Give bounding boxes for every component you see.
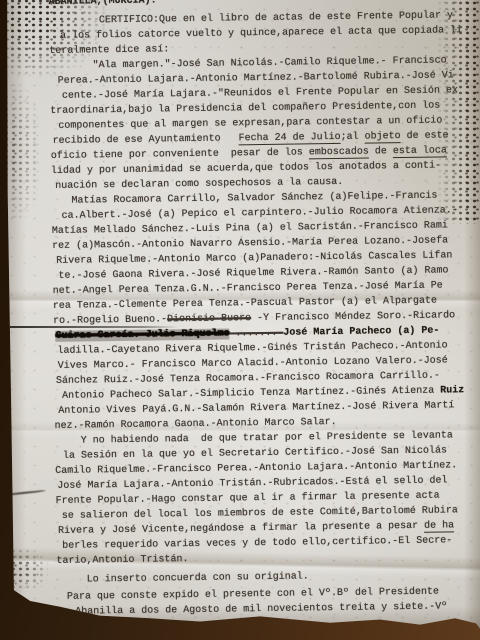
document-text-segment: ro.-Rogelio Bueno.-: [53, 314, 167, 327]
document-text-segment: ;al: [341, 132, 365, 143]
document-text-segment: ABANILLA,(MURCIA).: [49, 0, 157, 8]
document-text-segment: .......: [229, 328, 283, 340]
document-text-segment: recibido de ese Ayuntamiento: [53, 133, 239, 147]
ink-stain: [0, 82, 40, 222]
document-text-segment: de ha: [424, 520, 454, 532]
document-text-segment: .. -- .: [57, 621, 129, 633]
paper-edge-shadow: [0, 0, 26, 640]
document-text-segment: tario,Antonio Tristán.: [56, 554, 188, 567]
document-text-segment: de: [369, 146, 393, 157]
document-text-segment: Fecha 24 de Julio: [239, 132, 341, 145]
document-paper: ABANILLA,(MURCIA).CERTIFICO:Que en el li…: [0, 0, 480, 640]
document-photo: ABANILLA,(MURCIA).CERTIFICO:Que en el li…: [0, 0, 480, 640]
document-text-segment: objeto: [365, 131, 401, 144]
document-text-segment: -Y Francisco Méndez Soro.-Ricardo: [251, 310, 455, 324]
document-text-segment: emboscados: [309, 147, 369, 160]
document-text-segment: Guirao García.-Julio Riquelme: [55, 328, 229, 341]
document-text-segment: Dionisio Buero: [167, 313, 251, 325]
document-text: ABANILLA,(MURCIA).CERTIFICO:Que en el li…: [49, 0, 480, 635]
document-text-segment: esta loca: [393, 145, 447, 158]
document-text-segment: Lo inserto concuerda con su original.: [87, 571, 309, 585]
document-text-segment: de este: [401, 130, 449, 142]
document-line: .. -- .: [57, 614, 479, 635]
document-text-segment: Ruiz: [440, 385, 464, 396]
ink-stain: [0, 548, 48, 592]
document-text-segment: José María Pacheco (a) Pe-: [283, 326, 439, 339]
document-text-segment: teralmente dice así:: [49, 44, 169, 57]
document-text-segment: oficio tiene por conveniente pesar de lo…: [51, 147, 309, 162]
ink-squiggle: [0, 490, 46, 497]
